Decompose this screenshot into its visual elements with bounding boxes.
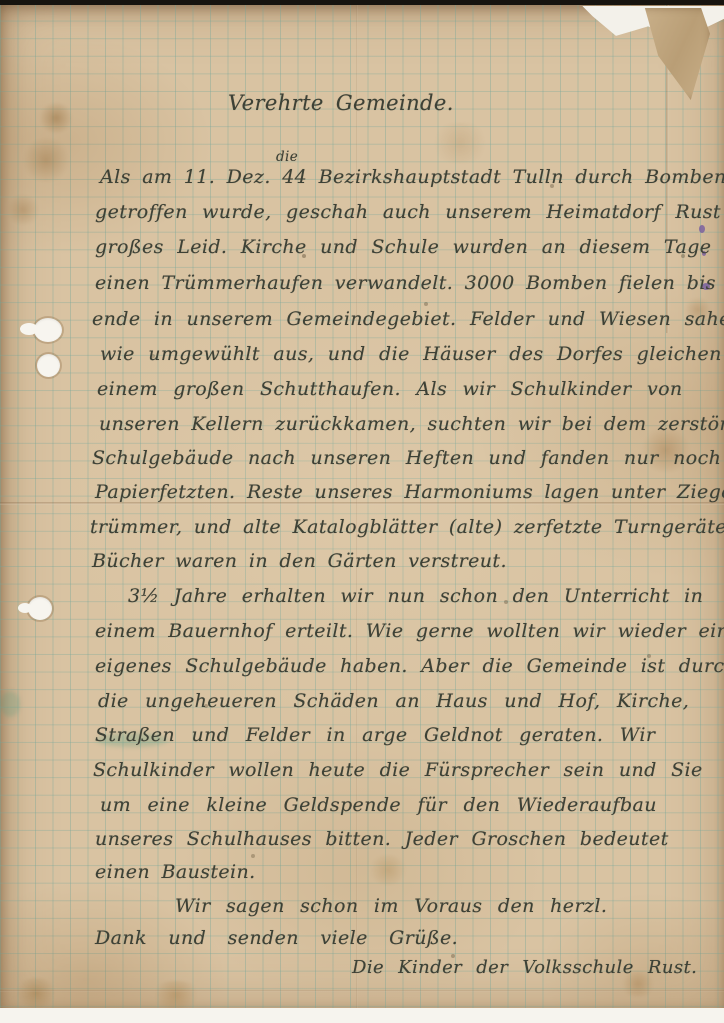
green-ink-smudge [0,691,20,717]
scanner-edge-bottom [0,1008,724,1023]
stain [22,138,70,182]
letter-line: wie umgewühlt aus, und die Häuser des Do… [100,345,722,364]
punch-hole [34,318,62,342]
letter-line: 3½ Jahre erhalten wir nun schon den Unte… [128,587,703,606]
letter-line: Straßen und Felder in arge Geldnot gerat… [95,726,655,745]
letter-line: unseres Schulhauses bitten. Jeder Grosch… [95,830,669,849]
letter-line: Papierfetzten. Reste unseres Harmoniums … [95,483,724,502]
closing-line: Dank und senden viele Grüße. [95,929,458,948]
salutation: Verehrte Gemeinde. [228,93,454,114]
stain [6,195,40,225]
closing-line: Wir sagen schon im Voraus den herzl. [175,897,607,916]
stain [14,978,58,1008]
stain [430,123,490,163]
fold-crease-vertical [356,3,358,1010]
fold-crease-horizontal [0,990,724,992]
stain [38,103,74,133]
stain [368,855,408,885]
letter-line: getroffen wurde, geschah auch unserem He… [95,203,721,222]
letter-line: einem großen Schutthaufen. Als wir Schul… [97,380,683,399]
letter-line: eigenes Schulgebäude haben. Aber die Gem… [95,657,724,676]
punch-hole-tear [18,603,32,613]
punch-hole [37,354,60,377]
signature-line: Die Kinder der Volksschule Rust. [352,959,697,977]
letter-line: großes Leid. Kirche und Schule wurden an… [95,238,724,257]
stain [150,981,202,1009]
punch-hole-tear [20,323,38,335]
letter-line: Bücher waren in den Gärten verstreut. [92,552,507,571]
letter-line: um eine kleine Geldspende für den Wieder… [100,796,657,815]
letter-line: Schulkinder wollen heute die Fürsprecher… [93,761,703,780]
letter-line: Schulgebäude nach unseren Heften und fan… [92,449,721,468]
letter-line: einem Bauernhof erteilt. Wie gerne wollt… [95,622,724,641]
paper-sheet: Verehrte Gemeinde. die Als am 11. Dez. 4… [0,3,724,1010]
interline-insertion-die: die [276,151,298,165]
letter-line: unseren Kellern zurückkamen, suchten wir… [99,415,724,434]
letter-line: ende in unserem Gemeindegebiet. Felder u… [92,310,724,329]
letter-line: die ungeheueren Schäden an Haus und Hof,… [98,692,689,711]
letter-line: Als am 11. Dez. 44 Bezirkshauptstadt Tul… [100,168,724,187]
scanner-edge-top [0,0,724,5]
letter-line: trümmer, und alte Katalogblätter (alte) … [90,518,724,537]
letter-line: einen Baustein. [95,863,256,882]
ink-blot [699,225,705,233]
paper-aging-mottle [0,3,724,1010]
letter-line: einen Trümmerhaufen verwandelt. 3000 Bom… [95,274,724,293]
